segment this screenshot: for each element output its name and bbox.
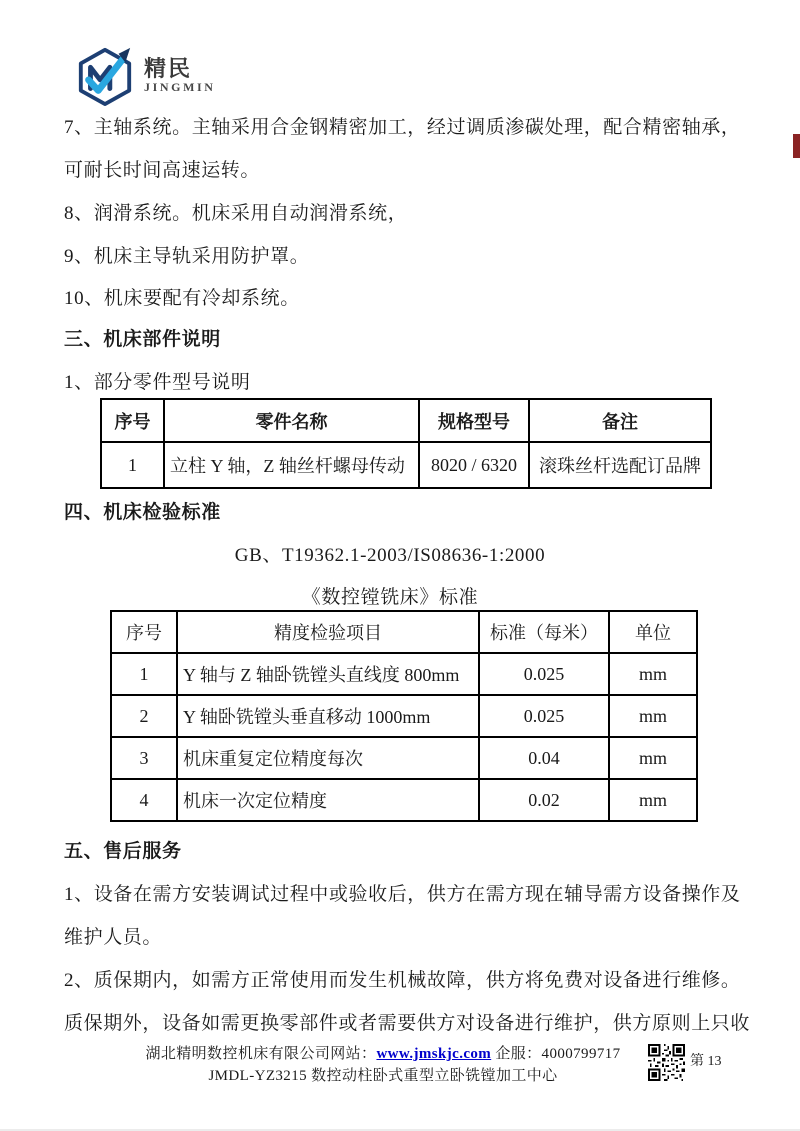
section-3-subheading: 1、部分零件型号说明 <box>64 367 251 394</box>
table-cell: mm <box>609 695 697 737</box>
logo-en-label: JINGMIN <box>144 80 216 94</box>
jingmin-hexagon-logo-icon <box>74 46 136 106</box>
para-8: 8、润滑系统。机床采用自动润滑系统， <box>64 198 407 225</box>
service-para-1-line-2: 维护人员。 <box>64 922 162 949</box>
service-para-2-line-2: 质保期外，设备如需更换零部件或者需要供方对设备进行维护，供方原则上只收 <box>64 1008 750 1035</box>
table-cell: 8020 / 6320 <box>419 442 529 488</box>
table-header-row: 序号 精度检验项目 标准（每米） 单位 <box>111 611 697 653</box>
standard-reference: GB、T19362.1-2003/IS08636-1:2000 <box>0 540 780 567</box>
table-row: 1 Y 轴与 Z 轴卧铣镗头直线度 800mm 0.025 mm <box>111 653 697 695</box>
footer-service-text: 企服：4000799717 <box>495 1046 620 1062</box>
table-row: 4 机床一次定位精度 0.02 mm <box>111 779 697 821</box>
table-cell: 0.02 <box>479 779 609 821</box>
footer-company-text: 湖北精明数控机床有限公司网站： <box>145 1046 376 1062</box>
section-4-heading: 四、机床检验标准 <box>64 497 221 524</box>
table-row: 2 Y 轴卧铣镗头垂直移动 1000mm 0.025 mm <box>111 695 697 737</box>
table-cell: 机床一次定位精度 <box>177 779 479 821</box>
section-3-heading: 三、机床部件说明 <box>64 324 221 351</box>
table-cell: 滚珠丝杆选配订品牌 <box>529 442 711 488</box>
page-number: 第 13 <box>690 1050 722 1070</box>
footer-website-link[interactable]: www.jmskjc.com <box>376 1046 491 1062</box>
document-page: 精民 JINGMIN 7、主轴系统。主轴采用合金钢精密加工，经过调质渗碳处理，配… <box>0 0 800 1131</box>
edge-marker <box>793 134 800 158</box>
table-header-cell: 单位 <box>609 611 697 653</box>
qr-code <box>648 1044 685 1081</box>
table-cell: 机床重复定位精度每次 <box>177 737 479 779</box>
table-header-row: 序号 零件名称 规格型号 备注 <box>101 399 711 442</box>
para-9: 9、机床主导轨采用防护罩。 <box>64 241 309 268</box>
service-para-1-line-1: 1、设备在需方安装调试过程中或验收后，供方在需方现在辅导需方设备操作及 <box>64 879 741 906</box>
table-cell: 0.025 <box>479 653 609 695</box>
table-header-cell: 备注 <box>529 399 711 442</box>
inspection-table: 序号 精度检验项目 标准（每米） 单位 1 Y 轴与 Z 轴卧铣镗头直线度 80… <box>110 610 698 822</box>
table-cell: 2 <box>111 695 177 737</box>
para-10: 10、机床要配有冷却系统。 <box>64 283 300 310</box>
table-header-cell: 序号 <box>101 399 164 442</box>
logo-cn-label: 精民 <box>144 58 216 80</box>
table-cell: 3 <box>111 737 177 779</box>
table-cell: mm <box>609 653 697 695</box>
logo-text: 精民 JINGMIN <box>144 58 216 94</box>
section-5-heading: 五、售后服务 <box>64 836 182 863</box>
table-row: 1 立柱 Y 轴，Z 轴丝杆螺母传动 8020 / 6320 滚珠丝杆选配订品牌 <box>101 442 711 488</box>
table-cell: mm <box>609 779 697 821</box>
company-logo: 精民 JINGMIN <box>74 46 216 106</box>
table-header-cell: 规格型号 <box>419 399 529 442</box>
para-7-line-2: 可耐长时间高速运转。 <box>64 155 260 182</box>
table-cell: Y 轴与 Z 轴卧铣镗头直线度 800mm <box>177 653 479 695</box>
table-cell: 4 <box>111 779 177 821</box>
table-header-cell: 精度检验项目 <box>177 611 479 653</box>
table-cell: 1 <box>111 653 177 695</box>
table-row: 3 机床重复定位精度每次 0.04 mm <box>111 737 697 779</box>
table-header-cell: 零件名称 <box>164 399 419 442</box>
table-cell: mm <box>609 737 697 779</box>
table-cell: Y 轴卧铣镗头垂直移动 1000mm <box>177 695 479 737</box>
table-header-cell: 标准（每米） <box>479 611 609 653</box>
table-header-cell: 序号 <box>111 611 177 653</box>
parts-table: 序号 零件名称 规格型号 备注 1 立柱 Y 轴，Z 轴丝杆螺母传动 8020 … <box>100 398 712 489</box>
table-cell: 0.04 <box>479 737 609 779</box>
standard-name: 《数控镗铣床》标准 <box>0 582 780 609</box>
service-para-2-line-1: 2、质保期内，如需方正常使用而发生机械故障，供方将免费对设备进行维修。 <box>64 965 741 992</box>
table-cell: 立柱 Y 轴，Z 轴丝杆螺母传动 <box>164 442 419 488</box>
para-7-line-1: 7、主轴系统。主轴采用合金钢精密加工，经过调质渗碳处理，配合精密轴承， <box>64 112 741 139</box>
table-cell: 0.025 <box>479 695 609 737</box>
table-cell: 1 <box>101 442 164 488</box>
